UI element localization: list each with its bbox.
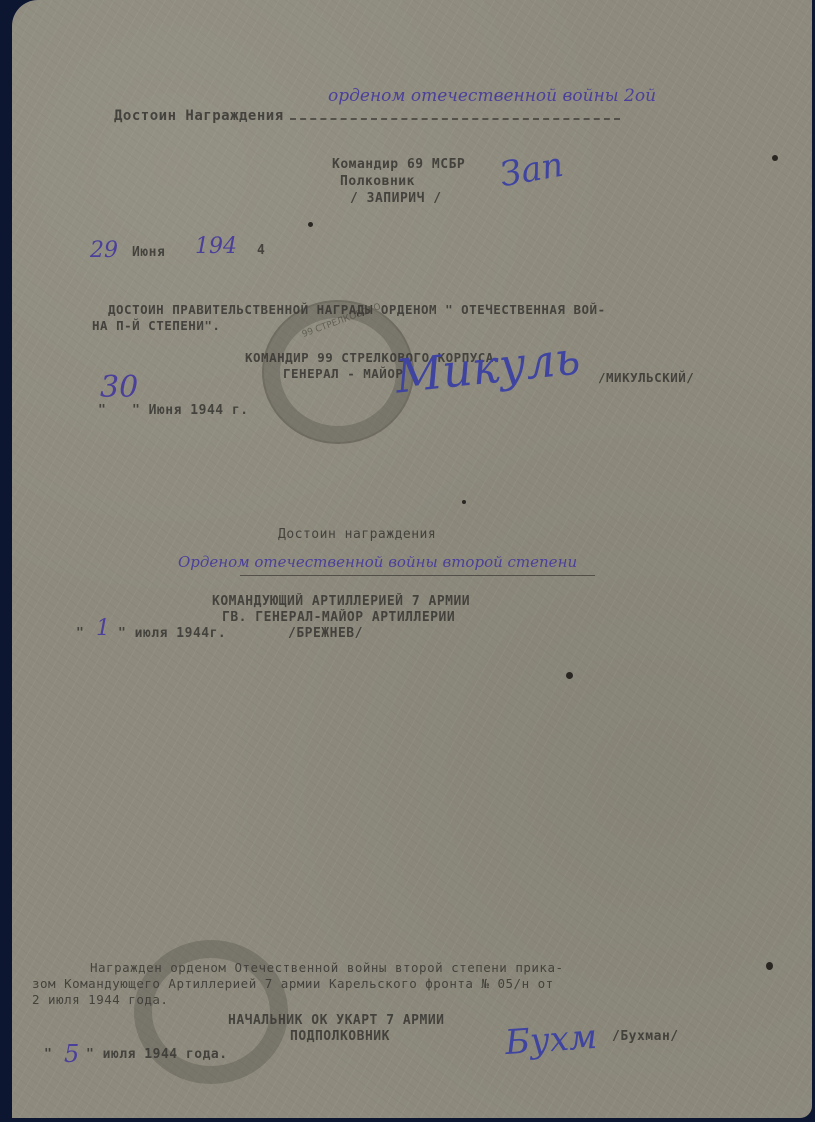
- underline: [240, 575, 595, 576]
- date-rest-3: " июля 1944г.: [118, 626, 226, 641]
- signature-4: Бухм: [504, 1017, 599, 1063]
- award-label-1: Достоин Награждения: [114, 108, 284, 124]
- date-rest-4: " июля 1944 года.: [86, 1047, 228, 1062]
- commander-name-3: /БРЕЖНЕВ/: [288, 626, 363, 641]
- paper-speck: [772, 155, 778, 161]
- date-day-3: 1: [96, 616, 110, 641]
- date-open-quote-2: ": [98, 403, 106, 418]
- paper-speck: [566, 672, 573, 679]
- commander-name-1: / ЗАПИРИЧ /: [350, 191, 442, 206]
- dotted-line: [290, 118, 620, 120]
- commander-title-3: КОМАНДУЮЩИЙ АРТИЛЛЕРИЕЙ 7 АРМИИ: [212, 594, 470, 609]
- award-order-line3: 2 июля 1944 года.: [32, 992, 168, 1007]
- date-open-quote-4: ": [44, 1047, 52, 1062]
- paper-speck: [462, 500, 466, 504]
- paper-speck: [766, 962, 773, 970]
- commander-title-1: Командир 69 МСБР: [332, 157, 465, 172]
- commander-rank-4: ПОДПОЛКОВНИК: [290, 1029, 390, 1044]
- commander-title-4: НАЧАЛЬНИК ОК УКАРТ 7 АРМИИ: [228, 1013, 445, 1028]
- date-day-2: 30: [100, 370, 138, 405]
- commander-rank-2: ГЕНЕРАЛ - МАЙОР: [283, 366, 403, 381]
- date-year-hand-1: 194: [195, 234, 237, 259]
- date-year-typed-1: 4: [257, 243, 265, 258]
- award-label-3: Достоин награждения: [278, 527, 436, 542]
- commander-name-4: /Бухман/: [612, 1029, 679, 1044]
- award-order-line1: Награжден орденом Отечественной войны вт…: [90, 960, 564, 975]
- date-month-1: Июня: [132, 245, 165, 260]
- date-open-quote-3: ": [76, 626, 84, 641]
- paper-speck: [308, 222, 313, 227]
- commander-rank-3: ГВ. ГЕНЕРАЛ-МАЙОР АРТИЛЛЕРИИ: [222, 610, 455, 625]
- award-order-line2: зом Командующего Артиллерией 7 армии Кар…: [32, 976, 554, 991]
- handwritten-award-3: Орденом отечественной войны второй степе…: [178, 553, 577, 571]
- award-text-line1: ДОСТОИН ПРАВИТЕЛЬСТВЕННОЙ НАГРАДЫ ОРДЕНО…: [108, 302, 606, 317]
- date-day-1: 29: [90, 238, 118, 263]
- date-rest-2: " Июня 1944 г.: [132, 403, 249, 418]
- commander-rank-1: Полковник: [340, 174, 415, 189]
- handwritten-award-1: орденом отечественной войны 2ой: [328, 86, 656, 106]
- date-day-4: 5: [64, 1040, 79, 1068]
- commander-name-2: /МИКУЛЬСКИЙ/: [598, 370, 694, 385]
- award-text-line2: НА П-Й СТЕПЕНИ".: [92, 318, 220, 333]
